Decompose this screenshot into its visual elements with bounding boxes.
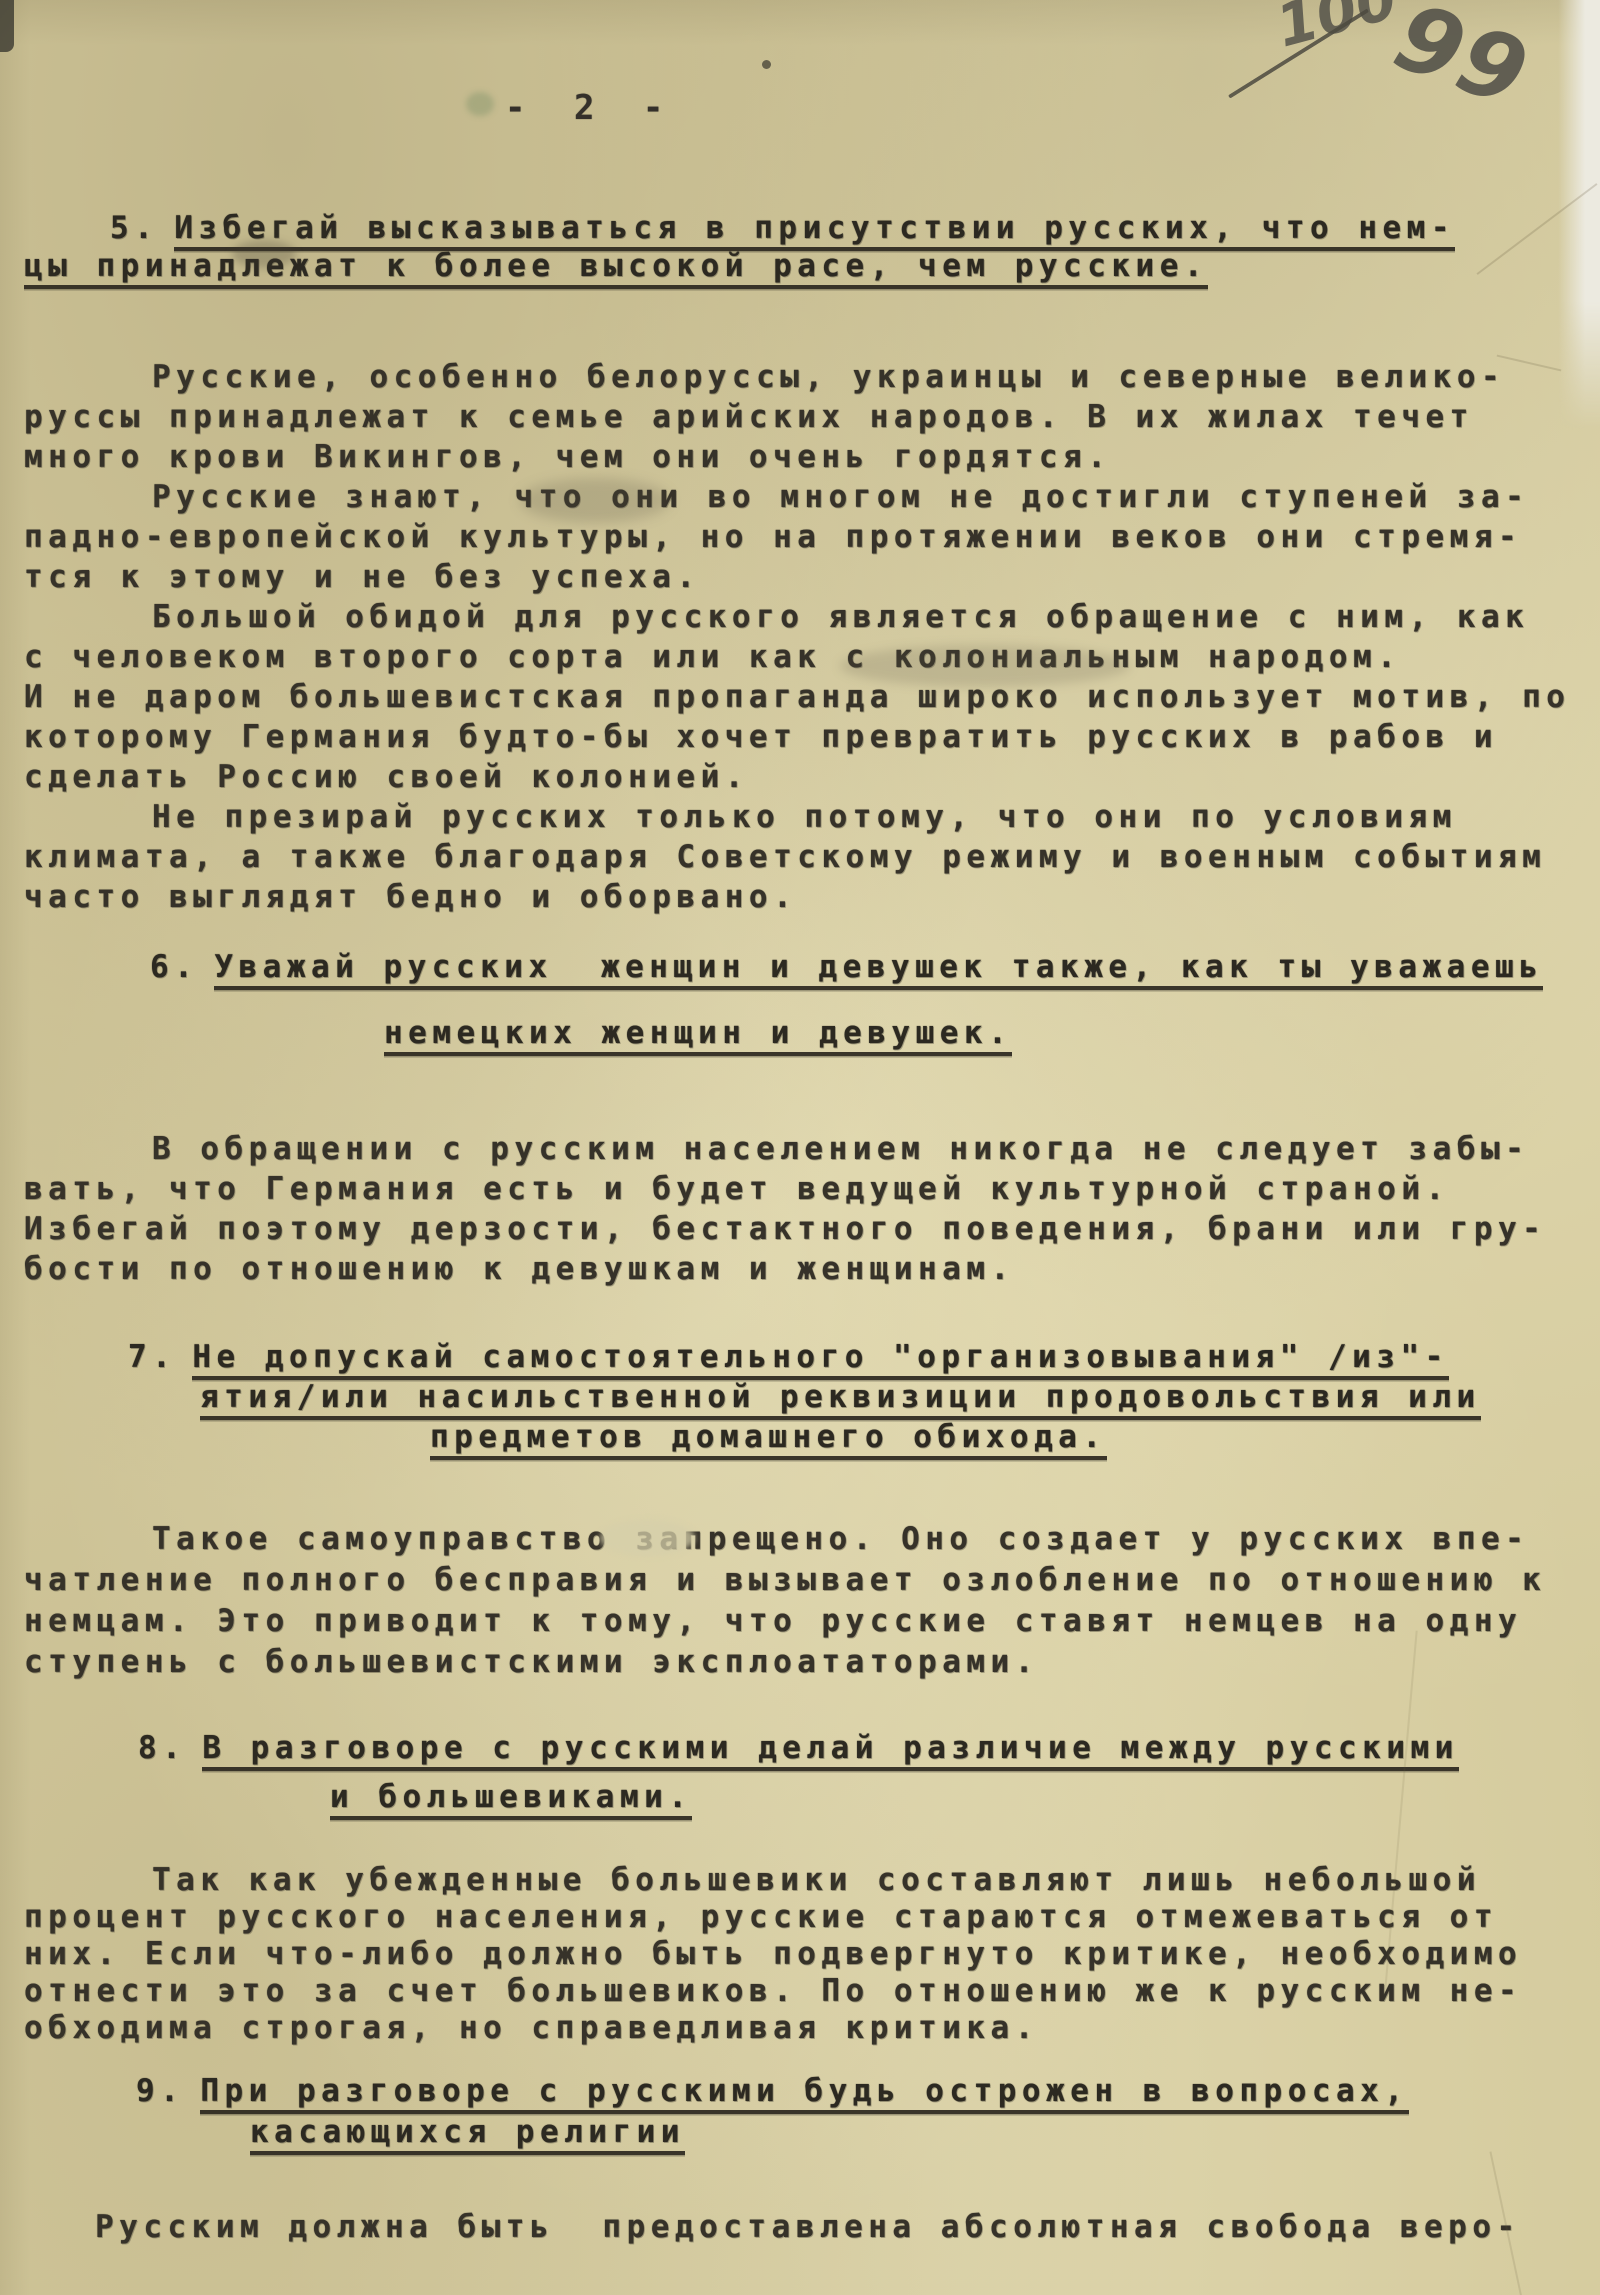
section-6-heading: 6.Уважай русских женщин и девушек также,… (24, 948, 1580, 1052)
text-line: ступень с большевистскими эксплоататорам… (24, 1642, 1580, 1683)
text-line: тся к этому и не без успеха. (24, 557, 1580, 597)
section-9-heading: 9.При разговоре с русскими будь острожен… (24, 2071, 1580, 2153)
paragraph: Такое самоуправство запрещено. Оно созда… (24, 1519, 1580, 1683)
text-line: Избегай поэтому дерзости, бестактного по… (24, 1209, 1580, 1249)
page-number: - 2 - (505, 88, 677, 128)
section-number: 5. (110, 210, 158, 246)
text-line: падно-европейской культуры, но на протяж… (24, 517, 1580, 557)
text-line: И не даром большевистская пропаганда шир… (24, 677, 1580, 717)
paragraph: Русским должна быть предоставлена абсолю… (24, 2207, 1580, 2247)
text-line: немцам. Это приводит к тому, что русские… (24, 1601, 1580, 1642)
heading-line: Избегай высказываться в присутствии русс… (174, 210, 1455, 251)
section-7-heading: 7.Не допускай самостоятельного "организо… (24, 1337, 1580, 1457)
section-number: 6. (150, 949, 198, 985)
paragraph: Русские знают, что они во многом не дост… (24, 477, 1580, 597)
text-line: обходима строгая, но справедливая критик… (24, 2010, 1580, 2047)
heading-line: В разговоре с русскими делай различие ме… (202, 1730, 1459, 1771)
section-number: 7. (128, 1339, 176, 1375)
heading-line: При разговоре с русскими будь острожен в… (200, 2073, 1408, 2114)
text-line: сделать Россию своей колонией. (24, 757, 1580, 797)
heading-line: ятия/или насильственной реквизиции продо… (200, 1379, 1481, 1420)
section-number: 9. (136, 2073, 184, 2109)
heading-line: и большевиками. (330, 1779, 692, 1820)
text-line: с человеком второго сорта или как с коло… (24, 637, 1580, 677)
text-line: Русским должна быть предоставлена абсолю… (24, 2207, 1580, 2247)
heading-line: немецких женщин и девушек. (384, 1015, 1012, 1056)
text-line: вать, что Германия есть и будет ведущей … (24, 1169, 1580, 1209)
paragraph: В обращении с русским населением никогда… (24, 1129, 1580, 1289)
text-line: них. Если что-либо должно быть подвергну… (24, 1936, 1580, 1973)
section-5-heading: 5.Избегай высказываться в присутствии ру… (24, 209, 1580, 285)
text-line: Русские знают, что они во многом не дост… (24, 477, 1580, 517)
document-page: - 2 - 5.Избегай высказываться в присутст… (0, 0, 1600, 2295)
text-line: чатление полного бесправия и вызывает оз… (24, 1560, 1580, 1601)
section-number: 8. (138, 1730, 186, 1766)
text-line: часто выглядят бедно и оборвано. (24, 877, 1580, 917)
text-line: Русские, особенно белоруссы, украинцы и … (24, 357, 1580, 397)
text-line: отнести это за счет большевиков. По отно… (24, 1973, 1580, 2010)
text-line: климата, а также благодаря Советскому ре… (24, 837, 1580, 877)
paragraph: Большой обидой для русского является обр… (24, 597, 1580, 797)
text-line: бости по отношению к девушкам и женщинам… (24, 1249, 1580, 1289)
heading-line: цы принадлежат к более высокой расе, чем… (24, 248, 1208, 289)
text-line: Такое самоуправство запрещено. Оно созда… (24, 1519, 1580, 1560)
paragraph: Не презирай русских только потому, что о… (24, 797, 1580, 917)
text-line: Большой обидой для русского является обр… (24, 597, 1580, 637)
text-line: Так как убежденные большевики составляют… (24, 1862, 1580, 1899)
text-line: Не презирай русских только потому, что о… (24, 797, 1580, 837)
text-line: которому Германия будто-бы хочет преврат… (24, 717, 1580, 757)
paragraph: Русские, особенно белоруссы, украинцы и … (24, 357, 1580, 477)
heading-line: Не допускай самостоятельного "организовы… (192, 1339, 1449, 1380)
heading-line: касающихся религии (250, 2114, 685, 2155)
section-8-heading: 8.В разговоре с русскими делай различие … (24, 1724, 1580, 1822)
text-line: много крови Викингов, чем они очень горд… (24, 437, 1580, 477)
text-line: процент русского населения, русские стар… (24, 1899, 1580, 1936)
text-line: В обращении с русским населением никогда… (24, 1129, 1580, 1169)
paragraph: Так как убежденные большевики составляют… (24, 1862, 1580, 2047)
heading-line: Уважай русских женщин и девушек также, к… (214, 949, 1543, 990)
heading-line: предметов домашнего обихода. (430, 1419, 1107, 1460)
text-line: руссы принадлежат к семье арийских народ… (24, 397, 1580, 437)
